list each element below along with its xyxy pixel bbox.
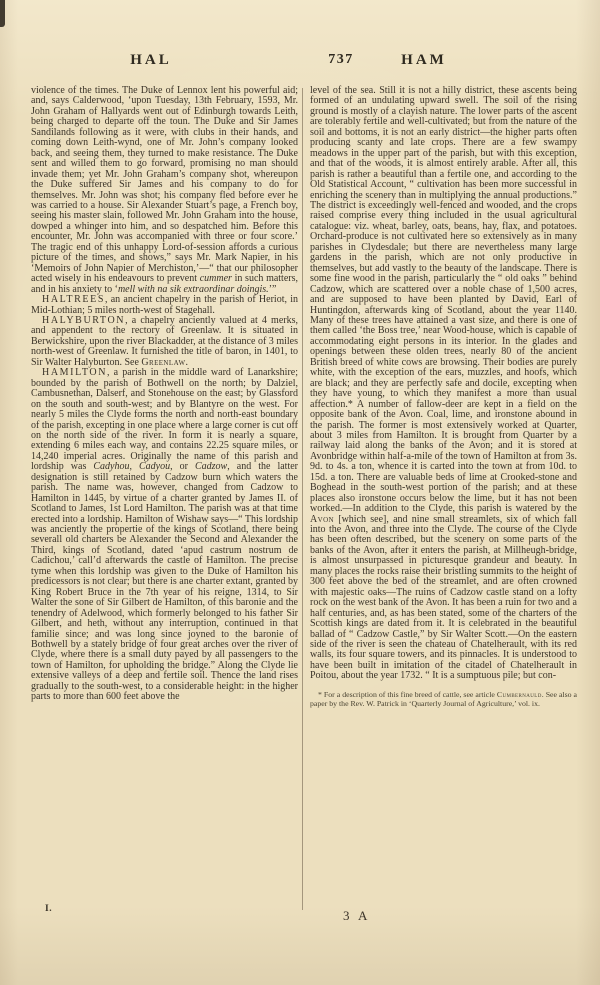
text-segment: Greenlaw (141, 357, 185, 368)
running-head-right-word: HAM (401, 52, 447, 69)
text-segment: Cumbernauld (497, 690, 542, 699)
right-column-text: level of the sea. Still it is not a hill… (310, 86, 577, 682)
scan-artifact-top-left (0, 0, 5, 27)
book-page: HAL 737 HAM violence of the times. The D… (0, 0, 600, 985)
text-segment: . (185, 357, 188, 368)
entry-headword: HALTREES (42, 294, 105, 305)
paragraph: * For a description of this fine breed o… (310, 691, 577, 708)
text-segment: , (129, 461, 139, 472)
text-segment: mell with na sik extraordinar doingis. (118, 284, 269, 295)
text-segment: , and the latter designation is still re… (31, 461, 298, 702)
paragraph: HALTREES, an ancient chapelry in the par… (31, 295, 298, 316)
paragraph: HALYBURTON, a chapelry anciently valued … (31, 316, 298, 368)
text-segment: violence of the times. The Duke of Lenno… (31, 85, 298, 284)
left-column: violence of the times. The Duke of Lenno… (31, 86, 298, 703)
text-segment: Cadyou (139, 461, 170, 472)
text-segment: Cadzow (195, 461, 227, 472)
footnote: * For a description of this fine breed o… (310, 691, 577, 708)
text-segment: level of the sea. Still it is not a hill… (310, 85, 577, 514)
text-segment: ’” (269, 284, 277, 295)
text-segment: , or (170, 461, 195, 472)
text-segment: cummer (200, 273, 232, 284)
page-number: 737 (328, 52, 354, 68)
column-divider-rule (302, 88, 303, 910)
paragraph: violence of the times. The Duke of Lenno… (31, 86, 298, 295)
entry-headword: HALYBURTON (42, 315, 125, 326)
text-segment: * For a description of this fine breed o… (318, 690, 497, 699)
running-head-left-word: HAL (130, 52, 172, 69)
running-head: HAL 737 HAM (0, 52, 600, 74)
volume-mark: I. (45, 904, 52, 914)
text-segment: Avon (310, 514, 334, 525)
text-segment: Cadyhou (93, 461, 129, 472)
text-segment: [which see], and nine small streamlets, … (310, 514, 577, 682)
right-column: level of the sea. Still it is not a hill… (310, 86, 577, 708)
gathering-signature: 3 A (343, 908, 370, 924)
text-segment: , a parish in the middle ward of Lanarks… (31, 367, 298, 472)
entry-headword: HAMILTON (42, 367, 107, 378)
paragraph: level of the sea. Still it is not a hill… (310, 86, 577, 682)
paragraph: HAMILTON, a parish in the middle ward of… (31, 368, 298, 703)
